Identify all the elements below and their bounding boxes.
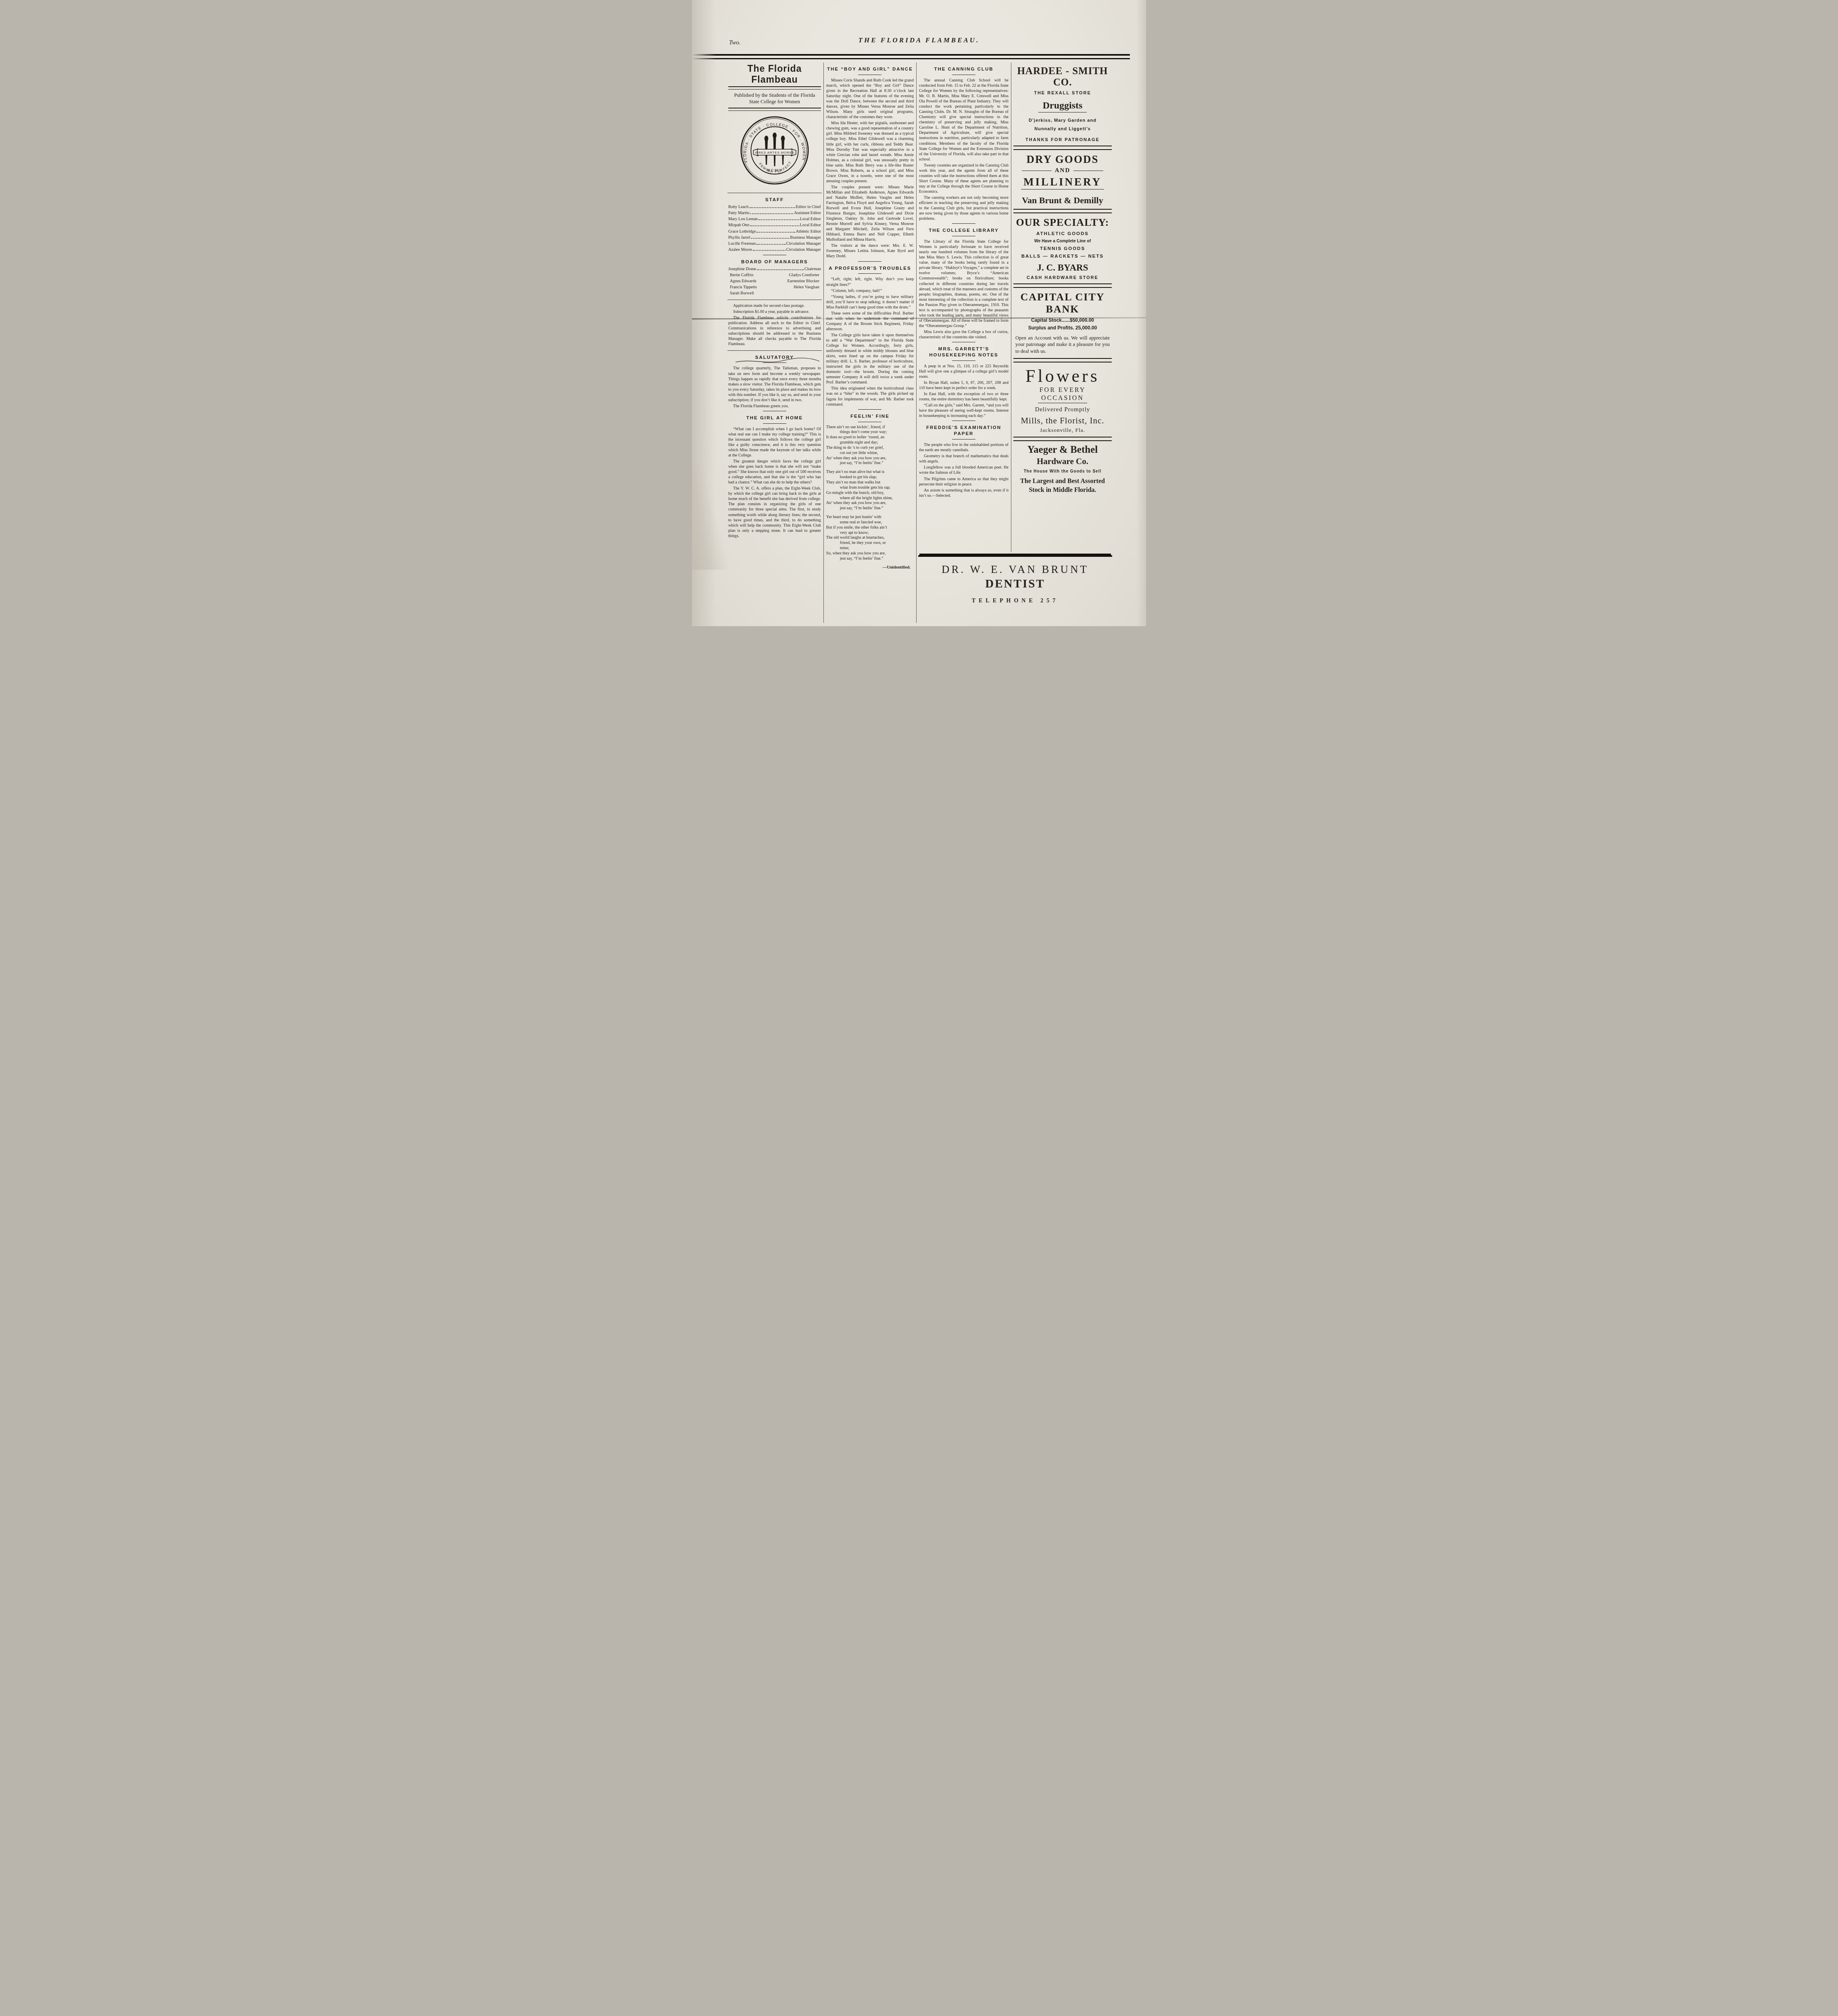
ad-separator — [1013, 209, 1112, 213]
board-heading: BOARD OF MANAGERS — [727, 259, 822, 265]
column-divider — [823, 62, 824, 623]
seal-year: MCMV — [767, 168, 783, 172]
ad-specialty-title: OUR SPECIALTY: — [1015, 217, 1111, 229]
article-paragraph: The greatest danger which faces the coll… — [728, 459, 821, 485]
ad-hardee-smith: HARDEE - SMITH CO. THE REXALL STORE Drug… — [1013, 62, 1112, 146]
dentist-name: DR. W. E. VAN BRUNT — [918, 563, 1112, 576]
section-divider — [763, 411, 786, 411]
poem-line: Yer heart may be jest bustin’ with — [826, 515, 914, 520]
college-seal-graphic: FLORIDA · STATE · COLLEGE · FOR · WOMEN — [739, 115, 810, 186]
dentist-phone: TELEPHONE 257 — [918, 598, 1112, 604]
freddie-heading: FREDDIE’S EXAMINATION PAPER — [918, 425, 1009, 437]
staff-row: Phyllis JarrelBusiness Manager — [728, 235, 821, 241]
column-divider — [916, 62, 917, 623]
feelin-fine-heading: FEELIN’ FINE — [825, 414, 915, 420]
section-divider — [858, 409, 881, 410]
ad-mills-florist: Flowers FOR EVERY OCCASION Delivered Pro… — [1013, 362, 1112, 437]
heading-rule — [952, 360, 975, 361]
dance-heading: THE “BOY AND GIRL” DANCE — [825, 67, 915, 73]
article-paragraph: The Pilgrims came to America so that the… — [919, 477, 1009, 487]
ad-yaeger-slogan: The House With the Goods to Sell — [1015, 469, 1111, 474]
article-paragraph: The canning workers are not only becomin… — [919, 195, 1009, 221]
library-heading: THE COLLEGE LIBRARY — [918, 228, 1009, 234]
staff-row: Lucille FreemanCirculation Manager — [728, 241, 821, 247]
seal-banner: VIRES ARTES MORES — [753, 149, 796, 156]
article-paragraph: “What can I accomplish when I go back ho… — [728, 427, 821, 458]
ad-flowers-city: Jacksonville, Fla. — [1015, 427, 1111, 433]
salutatory-body: The college quarterly, The Talisman, pro… — [727, 366, 822, 408]
header-double-rule — [692, 54, 1130, 59]
poem-line: cut out yer little whine, — [826, 451, 914, 456]
staff-heading: STAFF — [727, 197, 822, 203]
article-paragraph: A peep in at Nos. 15, 110, 115 or 225 Re… — [919, 364, 1009, 379]
ad-specialty-line: We Have a Complete Line of — [1015, 239, 1111, 244]
poem-line: Go mingle with the bunch, old boy, — [826, 491, 914, 496]
board-row: Agnes EdwardsEarnestine Blocker — [728, 278, 821, 284]
canning-heading: THE CANNING CLUB — [918, 67, 1009, 73]
article-paragraph: The Florida Flambeau greets you. — [728, 404, 821, 409]
poem-line: An’ when they ask you how you are, — [826, 456, 914, 461]
staff-row: Ruby LeachEditor in Chief — [728, 204, 821, 210]
section-divider — [858, 261, 881, 262]
staff-row: Grace LothridgeAthletic Editor — [728, 229, 821, 235]
column-4-ads: HARDEE - SMITH CO. THE REXALL STORE Drug… — [1013, 62, 1112, 552]
staff-list: Ruby LeachEditor in ChiefPatty MartinAss… — [727, 204, 822, 253]
professor-body: “Left, right; left, right. Why don’t you… — [825, 277, 915, 407]
ad-flowers-title: Flowers — [1015, 366, 1111, 386]
ad-drygoods-line2: MILLINERY — [1021, 176, 1104, 190]
poem-line: But if you smile, the other folks ain’t — [826, 525, 914, 531]
article-paragraph: This idea originated when the horticultu… — [826, 386, 914, 407]
ad-flowers-firm: Mills, the Florist, Inc. — [1015, 416, 1111, 426]
notice-paragraph: The Florida Flambeau solicits contributi… — [728, 315, 821, 347]
ad-bank-body: Open an Account with us. We will appreci… — [1015, 335, 1111, 355]
heading-rule — [858, 422, 881, 422]
article-paragraph: “Left, right; left, right. Why don’t you… — [826, 277, 914, 287]
ad-bank-surplus: Surplus and Profits. 25,000.00 — [1015, 325, 1111, 331]
ad-hardee-name: HARDEE - SMITH CO. — [1015, 66, 1111, 88]
poem-line: some real er fancied woe, — [826, 520, 914, 525]
masthead: The Florida Flambeau Published by the St… — [727, 63, 822, 193]
ad-byars-firm: J. C. BYARS — [1015, 262, 1111, 273]
poem-line: The old world laughs at heartaches, — [826, 535, 914, 541]
board-list: Josephine DraneChairmanBertie CoffrinGla… — [727, 266, 822, 296]
page-header: Two. THE FLORIDA FLAMBEAU. — [727, 36, 1111, 52]
poem-byline: —Unidentified. — [825, 565, 915, 570]
college-seal: FLORIDA · STATE · COLLEGE · FOR · WOMEN — [727, 115, 822, 188]
rule — [1022, 171, 1052, 171]
garrett-body: A peep in at Nos. 15, 110, 115 or 225 Re… — [918, 364, 1009, 419]
professor-heading: A PROFESSOR’S TROUBLES — [825, 266, 915, 272]
newspaper-page: Two. THE FLORIDA FLAMBEAU. The Florida F… — [692, 0, 1146, 626]
right-section: THE CANNING CLUB The annual Canning Club… — [918, 62, 1112, 623]
poem-line: very apt to know; — [826, 531, 914, 536]
article-paragraph: The couples present were: Misses Marie M… — [826, 185, 914, 243]
poem-line: mine; — [826, 546, 914, 551]
article-paragraph: The College girls have taken it upon the… — [826, 333, 914, 385]
poem-stanza-2: They ain’t no man alive but what isbooke… — [825, 470, 915, 511]
ad-separator — [1013, 283, 1112, 288]
article-paragraph: Geometry is that branch of mathematics t… — [919, 454, 1009, 464]
article-paragraph: Miss Ida Hester, with her pigtails, sunb… — [826, 121, 914, 184]
heading-rule — [952, 439, 975, 439]
poem-line: jest say, “I’m feelin’ fine.” — [826, 506, 914, 511]
poem-line: It does no good to holler ’round, an — [826, 435, 914, 440]
poem-line: jest say, “I’m feelin’ fine.” — [826, 461, 914, 466]
ad-separator — [1013, 358, 1112, 362]
article-paragraph: In Bryan Hall, suites 5, 6, 87, 206, 207… — [919, 380, 1009, 391]
page-columns: The Florida Flambeau Published by the St… — [727, 62, 1112, 623]
ad-yaeger-title-1: Yaeger & Bethel — [1015, 444, 1111, 456]
ad-drygoods-and: AND — [1022, 167, 1103, 174]
section-divider — [763, 255, 786, 255]
ad-hardee-brands: D’jerkiss, Mary Garden and Nunnally and … — [1015, 117, 1111, 133]
poem-line: So, when they ask you how you are, — [826, 551, 914, 556]
column-2: THE “BOY AND GIRL” DANCE Misses Coris Sh… — [825, 62, 915, 623]
poem-line: grumble night and day; — [826, 440, 914, 446]
board-row: Bertie CoffrinGladys Comforter — [728, 272, 821, 278]
ad-yaeger-bethel: Yaeger & Bethel Hardware Co. The House W… — [1013, 441, 1112, 498]
staff-row: Mizpah OttoLocal Editor — [728, 222, 821, 228]
staff-row: Patty MartinAssistant Editor — [728, 210, 821, 216]
heading-rule — [858, 75, 881, 75]
masthead-publisher: Published by the Students of the Florida… — [729, 92, 820, 105]
article-paragraph: “Young ladies, if you’re going to have m… — [826, 294, 914, 310]
ad-drygoods-line1: DRY GOODS — [1015, 153, 1111, 166]
article-paragraph: The annual Canning Club School will be c… — [919, 78, 1009, 162]
poem-line: what from trouble gets his rap; — [826, 485, 914, 491]
girl-at-home-heading: THE GIRL AT HOME — [727, 415, 822, 421]
ad-hardee-brands-line2: Nunnally and Liggett’s — [1015, 125, 1111, 133]
salutatory-heading: SALUTATORY — [727, 355, 822, 361]
rule — [727, 300, 822, 300]
article-paragraph: The college quarterly, The Talisman, pro… — [728, 366, 821, 402]
article-paragraph: These were some of the difficulties Prof… — [826, 311, 914, 332]
running-title: THE FLORIDA FLAMBEAU. — [727, 36, 1111, 44]
rule — [727, 350, 822, 351]
poem-line: booked to get his slap; — [826, 475, 914, 480]
column-3: THE CANNING CLUB The annual Canning Club… — [918, 62, 1009, 552]
column-1: The Florida Flambeau Published by the St… — [727, 62, 822, 623]
section-divider — [952, 342, 975, 342]
ad-van-brunt-demilly: DRY GOODS AND MILLINERY Van Brunt & Demi… — [1013, 150, 1112, 209]
poem-stanza-3: Yer heart may be jest bustin’ withsome r… — [825, 515, 915, 562]
ad-hardee-druggists: Druggists — [1015, 100, 1111, 111]
ad-flowers-sub2: OCCASION — [1038, 395, 1087, 403]
poem-line: There ain’t no use kickin’, friend, if — [826, 425, 914, 430]
section-divider — [952, 421, 975, 421]
poem-line: The thing to do ’s to curb yer grief, — [826, 446, 914, 451]
ad-specialty-tennis: TENNIS GOODS — [1015, 246, 1111, 251]
ad-separator — [1013, 437, 1112, 441]
article-paragraph: “Call on the girls,” said Mrs. Garrett, … — [919, 403, 1009, 419]
article-paragraph: The Library of the Florida State College… — [919, 239, 1009, 329]
seal-banner-text: VIRES ARTES MORES — [755, 151, 795, 154]
poem-line: things don’t come your way; — [826, 430, 914, 435]
section-divider — [952, 223, 975, 224]
ad-byars-store: CASH HARDWARE STORE — [1015, 275, 1111, 280]
dentist-title: DENTIST — [918, 577, 1112, 591]
ad-drygoods-and-text: AND — [1055, 167, 1071, 174]
article-paragraph: Longfellow was a full blooded American p… — [919, 465, 1009, 475]
heading-rule — [952, 75, 975, 75]
ad-yaeger-body: The Largest and Best Assorted Stock in M… — [1015, 477, 1111, 494]
ad-yaeger-title-2: Hardware Co. — [1015, 456, 1111, 467]
article-paragraph: Miss Lewis also gave the College a box o… — [919, 329, 1009, 340]
masthead-title: The Florida Flambeau — [727, 63, 822, 85]
paper-tear — [692, 465, 728, 570]
library-body: The Library of the Florida State College… — [918, 239, 1009, 340]
ad-separator — [1013, 146, 1112, 150]
heading-rule — [763, 362, 786, 363]
article-paragraph: The Y. W. C. A. offers a plan, the Eight… — [728, 486, 821, 538]
ad-drygoods-firm: Van Brunt & Demilly — [1015, 195, 1111, 206]
ad-hardee-thanks: THANKS FOR PATRONAGE — [1015, 137, 1111, 142]
board-row: Francis TippettsHelen Vaughan — [728, 284, 821, 290]
ad-flowers-delivered: Delivered Promptly — [1015, 406, 1111, 413]
ad-van-brunt-dentist: DR. W. E. VAN BRUNT DENTIST TELEPHONE 25… — [918, 555, 1112, 623]
article-paragraph: “Column, left; company, halt!” — [826, 288, 914, 294]
poem-stanza-1: There ain’t no use kickin’, friend, ifth… — [825, 425, 915, 467]
poem-line: friend, be they your own, or — [826, 541, 914, 546]
board-row: Josephine DraneChairman — [728, 266, 821, 272]
heading-rule — [763, 423, 786, 424]
salutatory-article: SALUTATORY — [727, 355, 822, 361]
freddie-body: The people who live in the uninhabited p… — [918, 442, 1009, 498]
notices: Application made for second-class postag… — [727, 303, 822, 347]
masthead-rule-2 — [728, 108, 821, 111]
ad-bank-title-2: BANK — [1015, 303, 1111, 315]
heading-rule — [952, 236, 975, 236]
article-paragraph: The visitors at the dance were: Mrs. E. … — [826, 243, 914, 259]
garrett-heading: MRS. GARRETT’S HOUSEKEEPING NOTES — [918, 346, 1009, 358]
ad-specialty-athletic: ATHLETIC GOODS — [1015, 231, 1111, 236]
rule — [1073, 171, 1103, 171]
board-row: Sarah Burwell — [728, 290, 821, 296]
column-divider — [1011, 62, 1011, 552]
staff-row: Mary Lou LemanLocal Editor — [728, 216, 821, 222]
ad-specialty-items: BALLS — RACKETS — NETS — [1015, 254, 1111, 259]
ad-hardee-sub: THE REXALL STORE — [1015, 91, 1111, 96]
article-paragraph: The people who live in the uninhabited p… — [919, 442, 1009, 453]
canning-body: The annual Canning Club School will be c… — [918, 78, 1009, 221]
article-paragraph: Twenty counties are organized in the Can… — [919, 163, 1009, 194]
staff-row: Azalee MooreCirculation Manager — [728, 247, 821, 253]
ad-flowers-sub1: FOR EVERY — [1015, 386, 1111, 395]
ad-capital-city-bank: CAPITAL CITY BANK Capital Stock......$50… — [1013, 288, 1112, 358]
poem-line: An’ when they ask you how you are, — [826, 501, 914, 506]
ad-rule — [1038, 112, 1087, 112]
dance-body: Misses Coris Shands and Ruth Cook led th… — [825, 78, 915, 259]
masthead-rule — [728, 86, 821, 90]
poem-line: jest say, “I’m feelin’ fine.” — [826, 556, 914, 562]
heading-rule — [858, 273, 881, 274]
article-paragraph: An axiom is something that is always so,… — [919, 488, 1009, 498]
right-columns: THE CANNING CLUB The annual Canning Club… — [918, 62, 1112, 552]
article-paragraph: Misses Coris Shands and Ruth Cook led th… — [826, 78, 914, 120]
poem-line: where all the bright lights shine, — [826, 496, 914, 501]
girl-at-home-body: “What can I accomplish when I go back ho… — [727, 427, 822, 539]
ad-bank-title-1: CAPITAL CITY — [1015, 291, 1111, 303]
article-paragraph: In East Hall, with the exception of two … — [919, 392, 1009, 402]
ad-jc-byars: OUR SPECIALTY: ATHLETIC GOODS We Have a … — [1013, 213, 1112, 283]
ad-hardee-brands-line1: D’jerkiss, Mary Garden and — [1015, 117, 1111, 125]
notice-paragraph: Subscription $1.00 a year, payable in ad… — [728, 309, 821, 314]
notice-paragraph: Application made for second-class postag… — [728, 303, 821, 308]
poem-line: They ain’t no man alive but what is — [826, 470, 914, 475]
poem-line: They ain’t no man that walks but — [826, 480, 914, 485]
